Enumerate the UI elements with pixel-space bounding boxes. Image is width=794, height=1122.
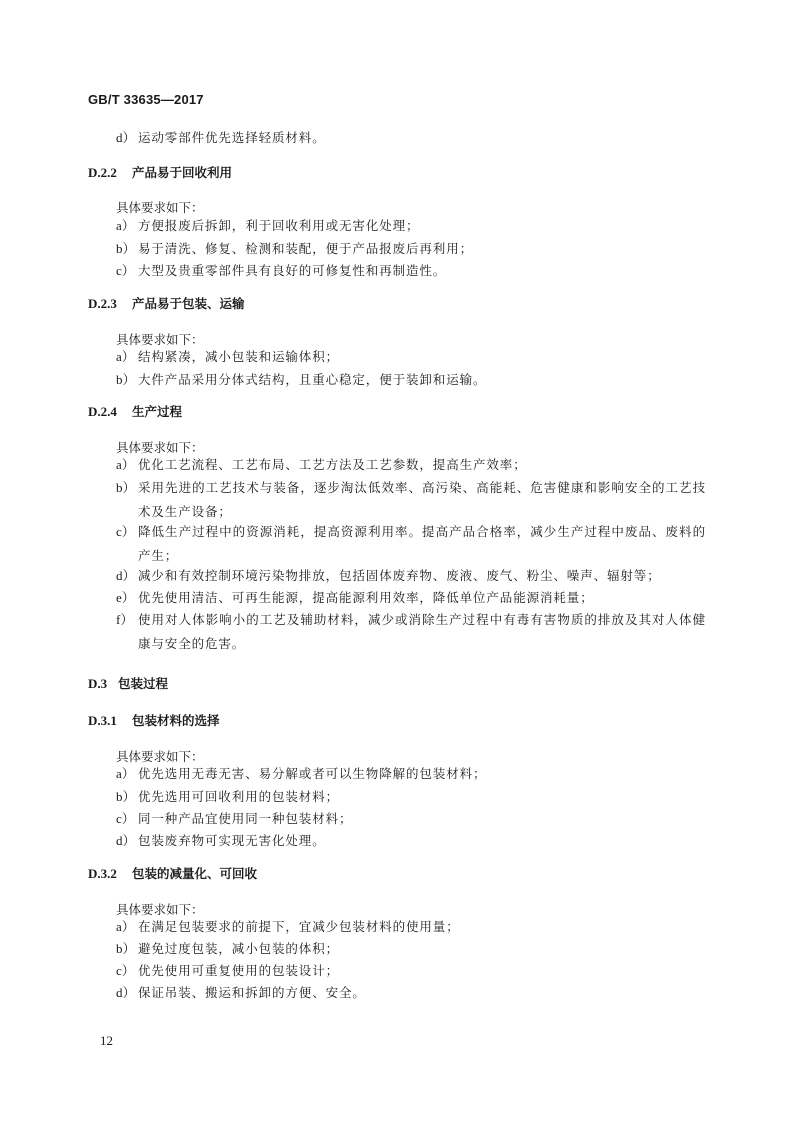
list-item-text: 优先选用可回收利用的包装材料； [138, 785, 706, 809]
list-marker: a） [116, 214, 135, 238]
list-item: e） 优先使用清洁、可再生能源，提高能源利用效率，降低单位产品能源消耗量； [116, 586, 706, 610]
list-item: d） 保证吊装、搬运和拆卸的方便、安全。 [116, 981, 706, 1005]
list-item-text: 结构紧凑，减小包装和运输体积； [138, 345, 706, 369]
section-number: D.3 [88, 676, 118, 692]
list-marker: b） [116, 368, 136, 392]
list-marker: c） [116, 959, 135, 983]
list-item: a） 在满足包装要求的前提下，宜减少包装材料的使用量； [116, 915, 706, 939]
list-marker: a） [116, 762, 135, 786]
list-marker: b） [116, 785, 136, 809]
list-marker: b） [116, 476, 136, 500]
list-item: b） 采用先进的工艺技术与装备，逐步淘汰低效率、高污染、高能耗、危害健康和影响安… [116, 476, 706, 524]
list-item: b） 优先选用可回收利用的包装材料； [116, 785, 706, 809]
list-item: b） 易于清洗、修复、检测和装配，便于产品报废后再利用； [116, 237, 706, 261]
list-item-text: 优先选用无毒无害、易分解或者可以生物降解的包装材料； [138, 762, 706, 786]
list-marker: b） [116, 937, 136, 961]
list-item: d） 减少和有效控制环境污染物排放，包括固体废弃物、废液、废气、粉尘、噪声、辐射… [116, 564, 706, 588]
page-number: 12 [100, 1033, 113, 1049]
list-marker: c） [116, 259, 135, 283]
list-item: a） 方便报废后拆卸，利于回收利用或无害化处理； [116, 214, 706, 238]
list-marker: a） [116, 915, 135, 939]
list-item: c） 同一种产品宜使用同一种包装材料； [116, 807, 706, 831]
standard-code-header: GB/T 33635—2017 [88, 92, 204, 107]
list-marker: a） [116, 453, 135, 477]
section-title: 生产过程 [132, 404, 182, 419]
list-item-text: 运动零部件优先选择轻质材料。 [138, 126, 706, 150]
section-title: 包装材料的选择 [132, 713, 220, 728]
list-marker: c） [116, 520, 135, 544]
list-item-text: 大型及贵重零部件具有良好的可修复性和再制造性。 [138, 259, 706, 283]
section-number: D.2.3 [88, 296, 132, 312]
section-heading-d-2-4: D.2.4生产过程 [88, 402, 182, 420]
list-item-text: 优先使用清洁、可再生能源，提高能源利用效率，降低单位产品能源消耗量； [138, 586, 706, 610]
list-marker: c） [116, 807, 135, 831]
section-number: D.3.1 [88, 713, 132, 729]
list-item: a） 优先选用无毒无害、易分解或者可以生物降解的包装材料； [116, 762, 706, 786]
list-marker: d） [116, 126, 136, 150]
list-marker: d） [116, 564, 136, 588]
list-item-text: 保证吊装、搬运和拆卸的方便、安全。 [138, 981, 706, 1005]
section-title: 包装的减量化、可回收 [132, 866, 257, 881]
section-heading-d-2-2: D.2.2产品易于回收利用 [88, 163, 232, 181]
list-item-text: 易于清洗、修复、检测和装配，便于产品报废后再利用； [138, 237, 706, 261]
section-number: D.2.2 [88, 165, 132, 181]
list-item-text: 采用先进的工艺技术与装备，逐步淘汰低效率、高污染、高能耗、危害健康和影响安全的工… [138, 476, 706, 524]
section-number: D.2.4 [88, 404, 132, 420]
list-marker: a） [116, 345, 135, 369]
list-item: b） 避免过度包装，减小包装的体积； [116, 937, 706, 961]
section-title: 包装过程 [118, 676, 168, 691]
list-item: b） 大件产品采用分体式结构，且重心稳定，便于装卸和运输。 [116, 368, 706, 392]
section-title: 产品易于回收利用 [132, 165, 232, 180]
list-item-text: 同一种产品宜使用同一种包装材料； [138, 807, 706, 831]
list-item-text: 方便报废后拆卸，利于回收利用或无害化处理； [138, 214, 706, 238]
list-marker: d） [116, 981, 136, 1005]
list-item: d） 运动零部件优先选择轻质材料。 [116, 126, 706, 150]
document-page: GB/T 33635—2017 d） 运动零部件优先选择轻质材料。 D.2.2产… [0, 0, 794, 1122]
list-marker: d） [116, 829, 136, 853]
list-item: a） 结构紧凑，减小包装和运输体积； [116, 345, 706, 369]
list-marker: e） [116, 586, 135, 610]
list-item-text: 降低生产过程中的资源消耗，提高资源利用率。提高产品合格率，减少生产过程中废品、废… [138, 520, 706, 568]
section-heading-d-3: D.3包装过程 [88, 674, 168, 692]
list-item-text: 在满足包装要求的前提下，宜减少包装材料的使用量； [138, 915, 706, 939]
list-item: c） 降低生产过程中的资源消耗，提高资源利用率。提高产品合格率，减少生产过程中废… [116, 520, 706, 568]
list-item: d） 包装废弃物可实现无害化处理。 [116, 829, 706, 853]
list-item: f） 使用对人体影响小的工艺及辅助材料，减少或消除生产过程中有毒有害物质的排放及… [116, 608, 706, 656]
list-item-text: 包装废弃物可实现无害化处理。 [138, 829, 706, 853]
section-heading-d-2-3: D.2.3产品易于包装、运输 [88, 294, 245, 312]
section-heading-d-3-2: D.3.2包装的减量化、可回收 [88, 864, 257, 882]
section-number: D.3.2 [88, 866, 132, 882]
section-heading-d-3-1: D.3.1包装材料的选择 [88, 711, 220, 729]
list-item-text: 使用对人体影响小的工艺及辅助材料，减少或消除生产过程中有毒有害物质的排放及其对人… [138, 608, 706, 656]
list-item: a） 优化工艺流程、工艺布局、工艺方法及工艺参数，提高生产效率； [116, 453, 706, 477]
list-item: c） 优先使用可重复使用的包装设计； [116, 959, 706, 983]
list-marker: b） [116, 237, 136, 261]
list-item-text: 优先使用可重复使用的包装设计； [138, 959, 706, 983]
list-marker: f） [116, 608, 133, 632]
list-item-text: 优化工艺流程、工艺布局、工艺方法及工艺参数，提高生产效率； [138, 453, 706, 477]
list-item-text: 减少和有效控制环境污染物排放，包括固体废弃物、废液、废气、粉尘、噪声、辐射等； [138, 564, 706, 588]
list-item: c） 大型及贵重零部件具有良好的可修复性和再制造性。 [116, 259, 706, 283]
list-item-text: 避免过度包装，减小包装的体积； [138, 937, 706, 961]
section-title: 产品易于包装、运输 [132, 296, 245, 311]
list-item-text: 大件产品采用分体式结构，且重心稳定，便于装卸和运输。 [138, 368, 706, 392]
